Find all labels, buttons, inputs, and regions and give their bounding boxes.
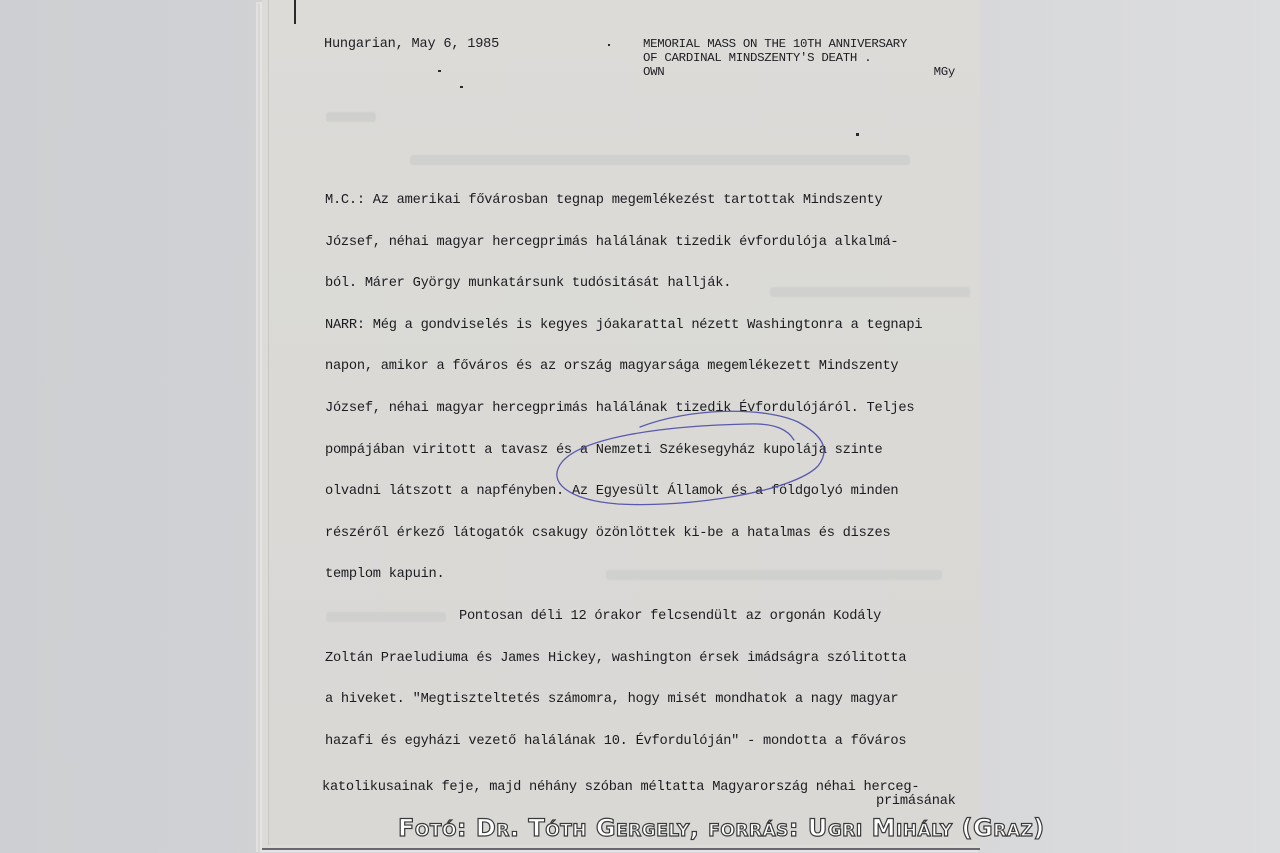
document-source: OWN	[643, 65, 664, 79]
body-line: hazafi és egyházi vezető halálának 10. É…	[325, 731, 965, 773]
body-line: pompájában viritott a tavasz és a Nemzet…	[325, 440, 965, 482]
ink-speck	[608, 44, 610, 46]
document-source-row: OWN MGy	[643, 65, 955, 79]
ink-speck	[856, 133, 859, 136]
body-line: Zoltán Praeludiuma és James Hickey, wash…	[325, 648, 965, 690]
body-line: M.C.: Az amerikai fővárosban tegnap mege…	[325, 190, 965, 232]
bleed-through-text	[326, 112, 376, 122]
body-line-indented: Pontosan déli 12 órakor felcsendült az o…	[325, 606, 965, 648]
body-final-line: katolikusainak feje, majd néhány szóban …	[322, 780, 919, 795]
ink-speck	[438, 70, 441, 72]
body-line: NARR: Még a gondviselés is kegyes jóakar…	[325, 315, 965, 357]
body-line: részéről érkező látogatók csakugy özönlö…	[325, 523, 965, 565]
body-line: József, néhai magyar hercegprimás halálá…	[325, 232, 965, 274]
body-line: olvadni látszott a napfényben. Az Egyesü…	[325, 481, 965, 523]
document-title-line-1: MEMORIAL MASS ON THE 10TH ANNIVERSARY	[643, 37, 955, 51]
body-line: József, néhai magyar hercegprimás halálá…	[325, 398, 965, 440]
bleed-through-text	[410, 155, 910, 165]
body-line: napon, amikor a főváros és az ország mag…	[325, 356, 965, 398]
body-final-line-continuation: primásának	[876, 794, 956, 809]
document-title-line-2: OF CARDINAL MINDSZENTY'S DEATH .	[643, 51, 955, 65]
document-title-block: MEMORIAL MASS ON THE 10TH ANNIVERSARY OF…	[643, 37, 955, 79]
author-initials: MGy	[934, 65, 955, 79]
photo-credit-watermark: Fotó: Dr. Tóth Gergely, forrás: Ugri Mih…	[398, 814, 1045, 842]
document-language-date: Hungarian, May 6, 1985	[324, 37, 499, 52]
body-line: ból. Márer György munkatársunk tudósitás…	[325, 273, 965, 315]
ink-speck	[460, 86, 463, 88]
body-line: a hiveket. "Megtiszteltetés számomra, ho…	[325, 689, 965, 731]
document-body: M.C.: Az amerikai fővárosban tegnap mege…	[325, 190, 965, 772]
body-line: templom kapuin.	[325, 564, 965, 606]
staple-mark	[294, 0, 296, 24]
